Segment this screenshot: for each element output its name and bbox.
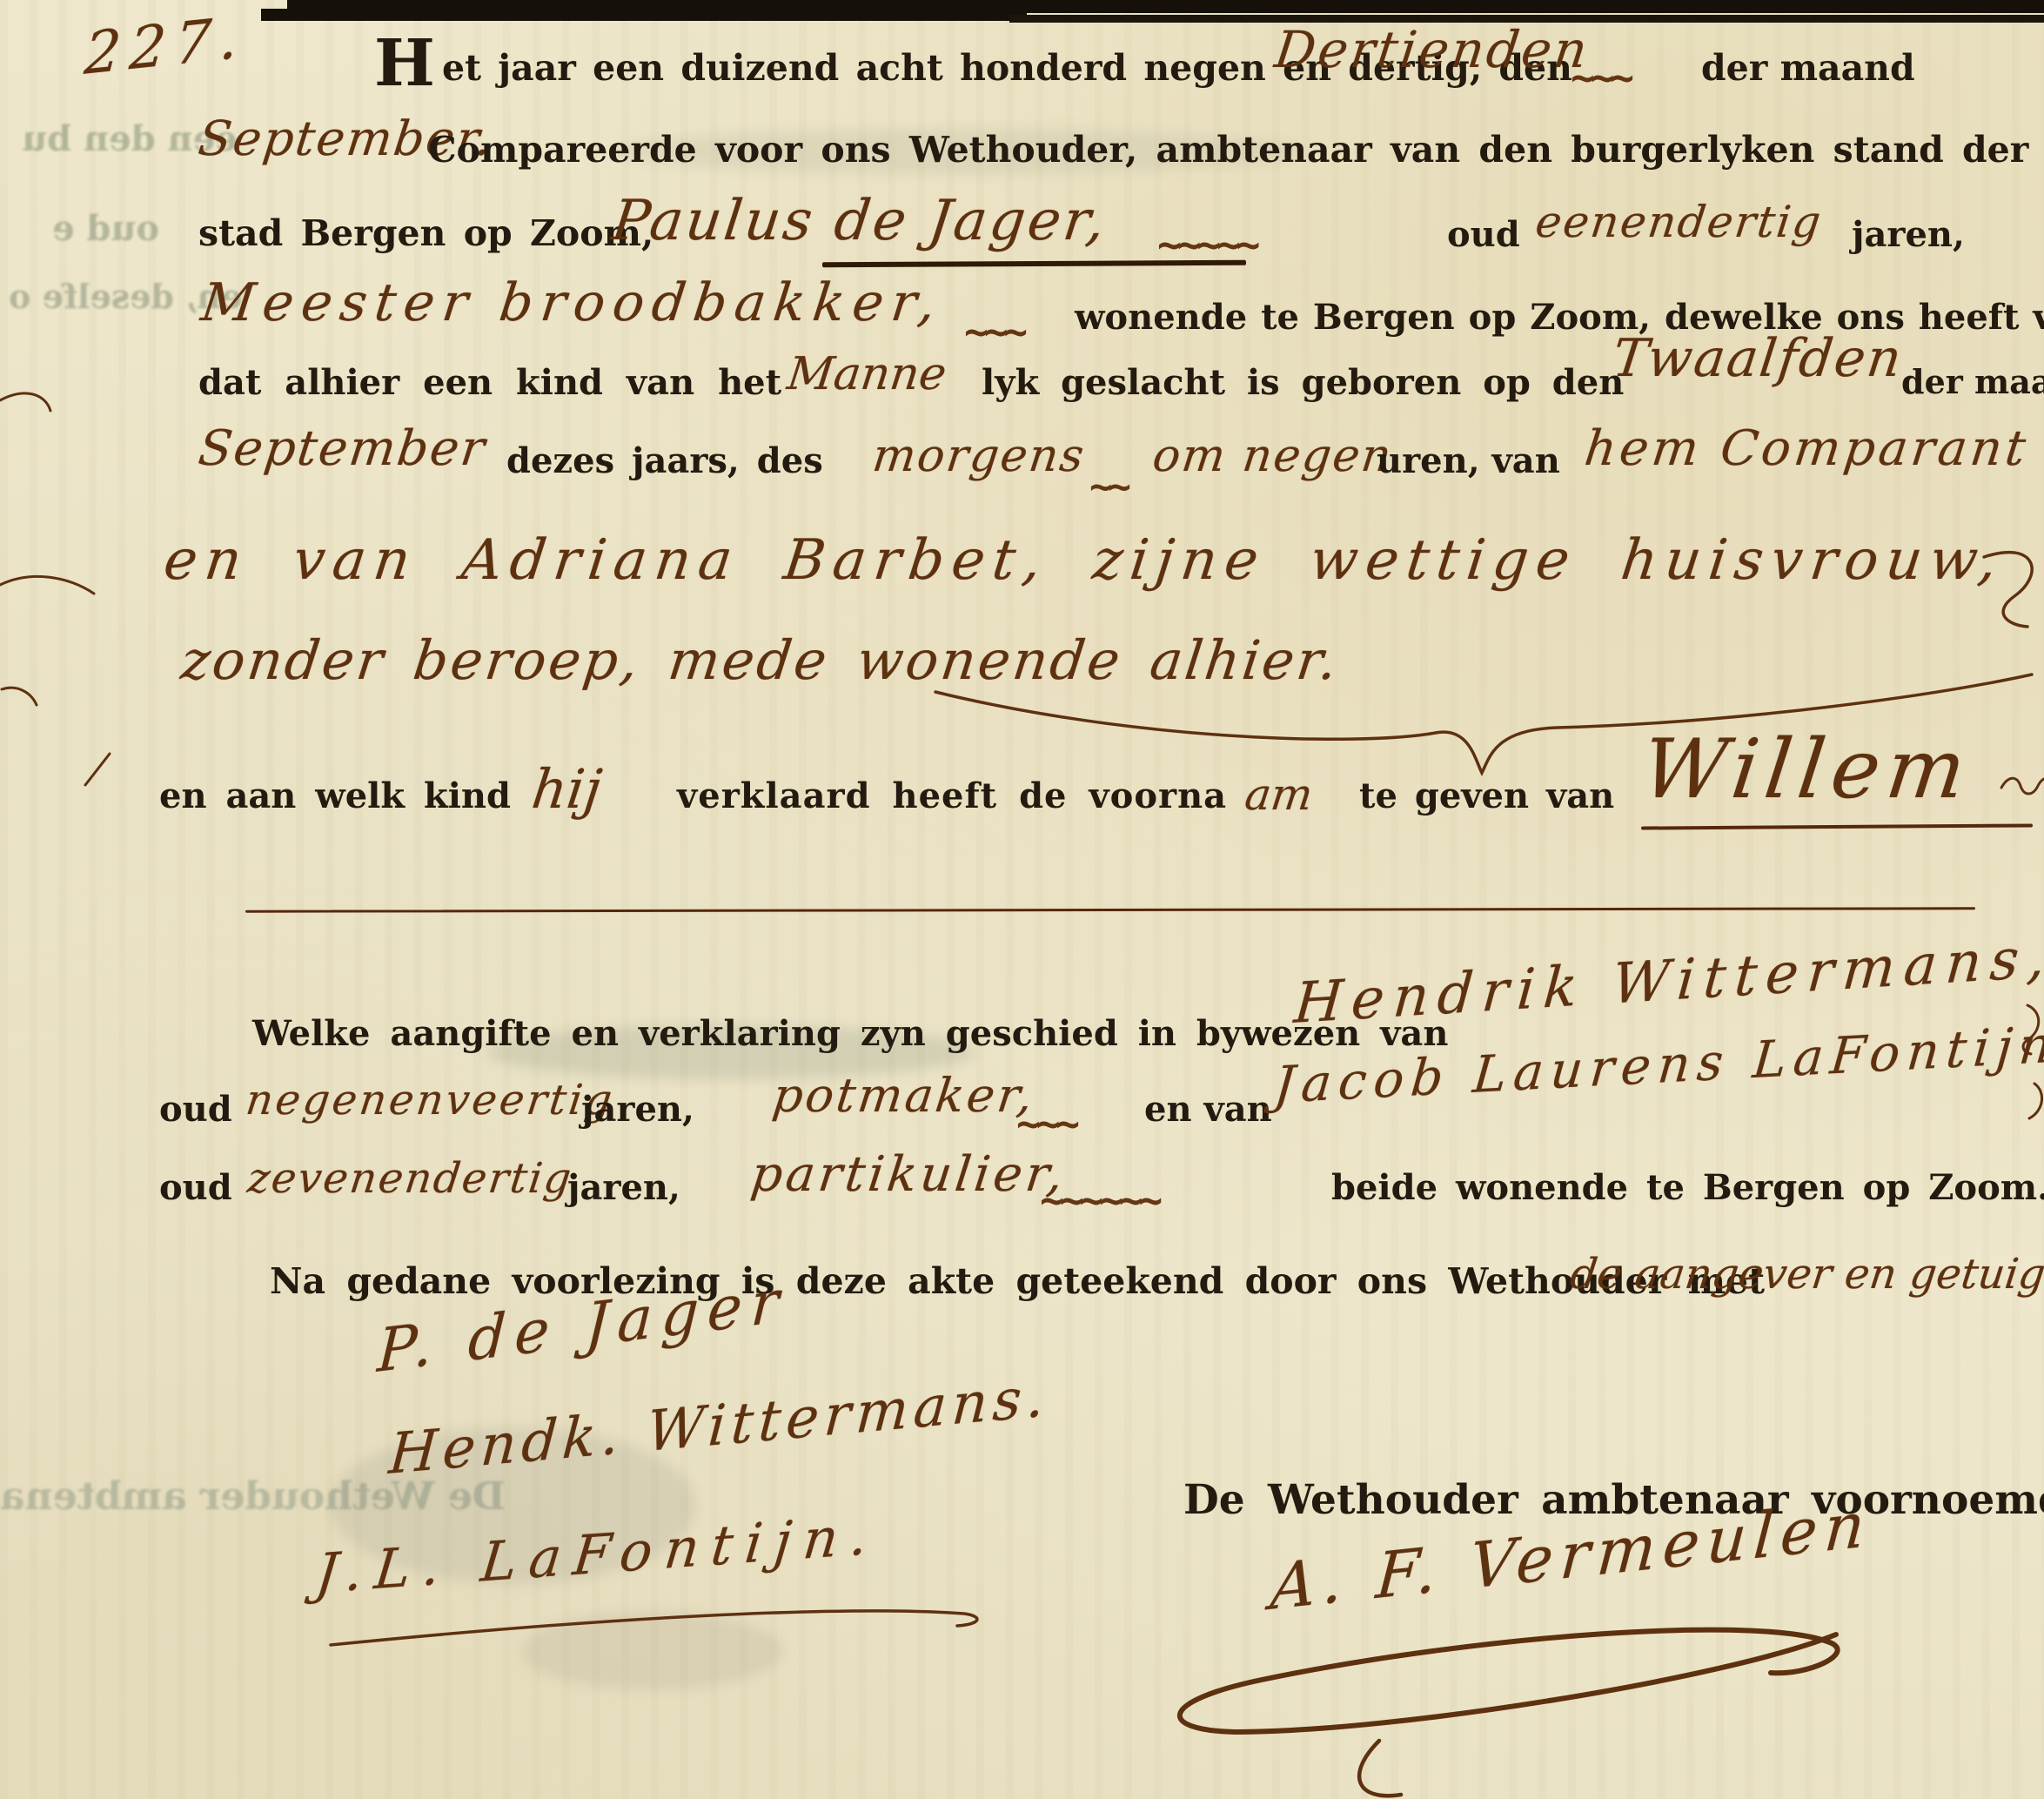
- child-name-underline: [1641, 823, 2033, 829]
- act-line9-hand-am: am: [1243, 773, 1315, 816]
- mother-occupation-line: zonder beroep, mede wonende alhier.: [178, 634, 1343, 688]
- child-gender: Manne: [785, 352, 948, 397]
- witness-line2-printed-oud: oud: [159, 1092, 232, 1127]
- act-line1-dropcap: H: [374, 31, 435, 96]
- act-line2-printed-text: Compareerde voor ons Wethouder, ambtenaa…: [428, 132, 2028, 168]
- closing-handwritten-text: de aangever en getuigen.: [1568, 1253, 2044, 1295]
- act-line6-ink-flourish: ~~: [1089, 468, 1127, 507]
- act-line5-printed-text2: lyk geslacht is geboren op den: [982, 366, 1624, 400]
- ink-smudge: [522, 1612, 783, 1690]
- act-line4-ink-flourish: ~~~: [964, 312, 1023, 352]
- birth-day: Twaalfden: [1610, 332, 1906, 385]
- act-line9-hand-hij: hij: [529, 762, 605, 816]
- father-reference: hem Comparant: [1582, 425, 2032, 473]
- act-line1-ink-flourish: ~~~: [1571, 57, 1630, 97]
- witness-line3-printed-jaren: jaren,: [567, 1171, 680, 1205]
- declarant-age: eenendertig: [1533, 200, 1825, 244]
- declarant-occupation: Meester broodbakker,: [198, 277, 946, 329]
- act-line9-printed-text: en aan welk kind: [159, 779, 511, 814]
- witness-line2-printed-jaren: jaren,: [581, 1092, 694, 1127]
- left-edge-ink-mark-3: [2, 688, 37, 705]
- witness2-age: zevenendertig: [245, 1158, 575, 1199]
- birth-time-of-day: morgens: [870, 433, 1088, 479]
- left-edge-ink-mark-2: [0, 576, 94, 594]
- act-line5-printed-text3: der maand: [1901, 366, 2044, 399]
- witness-line2-printed-envan: en van: [1144, 1092, 1272, 1127]
- act-line1-printed-text2: der maand: [1701, 50, 1915, 86]
- witness1-name: Hendrik Wittermans,: [1292, 930, 2044, 1032]
- act-line6-printed-text: dezes jaars, des: [506, 444, 823, 479]
- section-separator-rule: [245, 907, 1975, 912]
- act-line3-ink-flourish: ~~~~~: [1157, 225, 1256, 265]
- act-line1-registration-day: Dertienden: [1272, 24, 1592, 75]
- signature-witness1: Hendk. Wittermans.: [387, 1369, 1051, 1483]
- bleedthrough-fragment: oud e: [52, 211, 159, 246]
- birth-month: September: [196, 425, 489, 473]
- left-margin-ink-tick: [85, 754, 110, 785]
- act-line3-printed-text: stad Bergen op Zoom,: [198, 216, 653, 252]
- child-given-name: Willem: [1638, 729, 1976, 811]
- act-line3-printed-oud: oud: [1447, 218, 1520, 252]
- act-line9-printed-text3: te geven van: [1359, 779, 1614, 814]
- witness-line2-ink-flourish: ~~~: [1016, 1104, 1076, 1144]
- closing-printed-text: Na gedane voorlezing is deze akte geteek…: [270, 1264, 1765, 1299]
- left-edge-ink-mark-1: [0, 393, 50, 411]
- officiant-signature-flourish: [1180, 1630, 1838, 1732]
- mother-name-line: en van Adriana Barbet, zijne wettige hui…: [161, 533, 2007, 588]
- act-line3-printed-jaren: jaren,: [1852, 218, 1965, 252]
- record-number: 227.: [83, 9, 249, 84]
- act-line6-printed-text2: uren, van: [1377, 444, 1560, 479]
- flourish-willem-squiggle: [2001, 778, 2044, 794]
- birth-hour: om negen: [1150, 433, 1395, 479]
- witness1-age: negenenveertig: [244, 1079, 617, 1121]
- witness-line1-printed-text: Welke aangifte en verklaring zyn geschie…: [252, 1017, 1448, 1051]
- declarant-name: Paulus de Jager,: [609, 193, 1110, 249]
- top-border-bar-left-segment: [261, 9, 1027, 21]
- witness1-occupation: potmaker,: [770, 1072, 1038, 1119]
- act-line5-printed-text: dat alhier een kind van het: [198, 366, 781, 400]
- birth-certificate-page: een den bu oud e en, deselfe o De Wethou…: [0, 0, 2044, 1799]
- officiant-signature-flourish-tail: [1359, 1741, 1401, 1796]
- flourish-witness-curl-2: [2029, 1084, 2042, 1118]
- witness2-occupation: partikulier,: [748, 1151, 1069, 1199]
- witness-line3-printed-oud: oud: [159, 1171, 232, 1205]
- witness-line3-printed-text: beide wonende te Bergen op Zoom.: [1331, 1171, 2044, 1205]
- witness-line3-ink-flourish: ~~~~~~: [1040, 1180, 1158, 1220]
- act-line9-printed-text2: verklaard heeft de voorna: [677, 779, 1227, 814]
